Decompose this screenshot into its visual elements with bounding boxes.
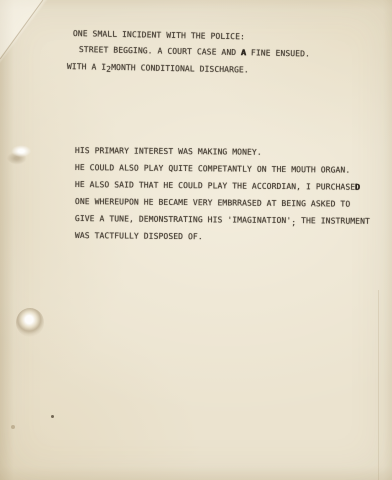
line-segment: HE ALSO SAID THAT HE COULD PLAY THE ACCO… xyxy=(75,180,355,192)
line-segment: MONTH CONDITIONAL DISCHARGE. xyxy=(111,63,249,75)
typed-line-imagination: GIVE A TUNE, DEMONSTRATING HIS 'IMAGINAT… xyxy=(75,214,370,227)
typed-line-police-incident: ONE SMALL INCIDENT WITH THE POLICE: xyxy=(73,29,245,42)
typed-line-primary-interest: HIS PRIMARY INTEREST WAS MAKING MONEY. xyxy=(75,146,262,158)
typed-line-disposed-of: WAS TACTFULLY DISPOSED OF. xyxy=(75,231,203,242)
typed-line-street-begging: STREET BEGGING. A COURT CASE AND A FINE … xyxy=(79,45,310,59)
dropped-character: 2 xyxy=(106,65,111,74)
paper-edge-line xyxy=(378,290,379,480)
paper-freckle xyxy=(11,425,15,429)
typed-line-conditional-discharge: WITH A I2MONTH CONDITIONAL DISCHARGE. xyxy=(67,62,249,75)
line-segment: FINE ENSUED. xyxy=(246,48,310,58)
typed-line-accordian: HE ALSO SAID THAT HE COULD PLAY THE ACCO… xyxy=(75,180,360,193)
line-segment: WITH A I xyxy=(67,62,107,72)
line-segment: THE INSTRUMENT xyxy=(296,216,370,226)
typed-line-mouth-organ: HE COULD ALSO PLAY QUITE COMPETANTLY ON … xyxy=(75,163,350,176)
corner-fold-crease-line xyxy=(0,0,43,59)
typed-line-embarrassed: ONE WHEREUPON HE BECAME VERY EMBRRASED A… xyxy=(75,197,350,210)
overstruck-character: D xyxy=(355,183,360,192)
paper-dent-mark-upper xyxy=(5,141,33,165)
paper-dent-mark-lower xyxy=(16,308,44,337)
ink-speck xyxy=(51,415,54,418)
dropped-character: ; xyxy=(291,218,296,227)
line-segment: STREET BEGGING. A COURT CASE AND xyxy=(79,45,241,57)
paper-page: ONE SMALL INCIDENT WITH THE POLICE: STRE… xyxy=(0,0,392,480)
corner-fold-highlight xyxy=(0,0,48,64)
line-segment: GIVE A TUNE, DEMONSTRATING HIS 'IMAGINAT… xyxy=(75,214,291,225)
